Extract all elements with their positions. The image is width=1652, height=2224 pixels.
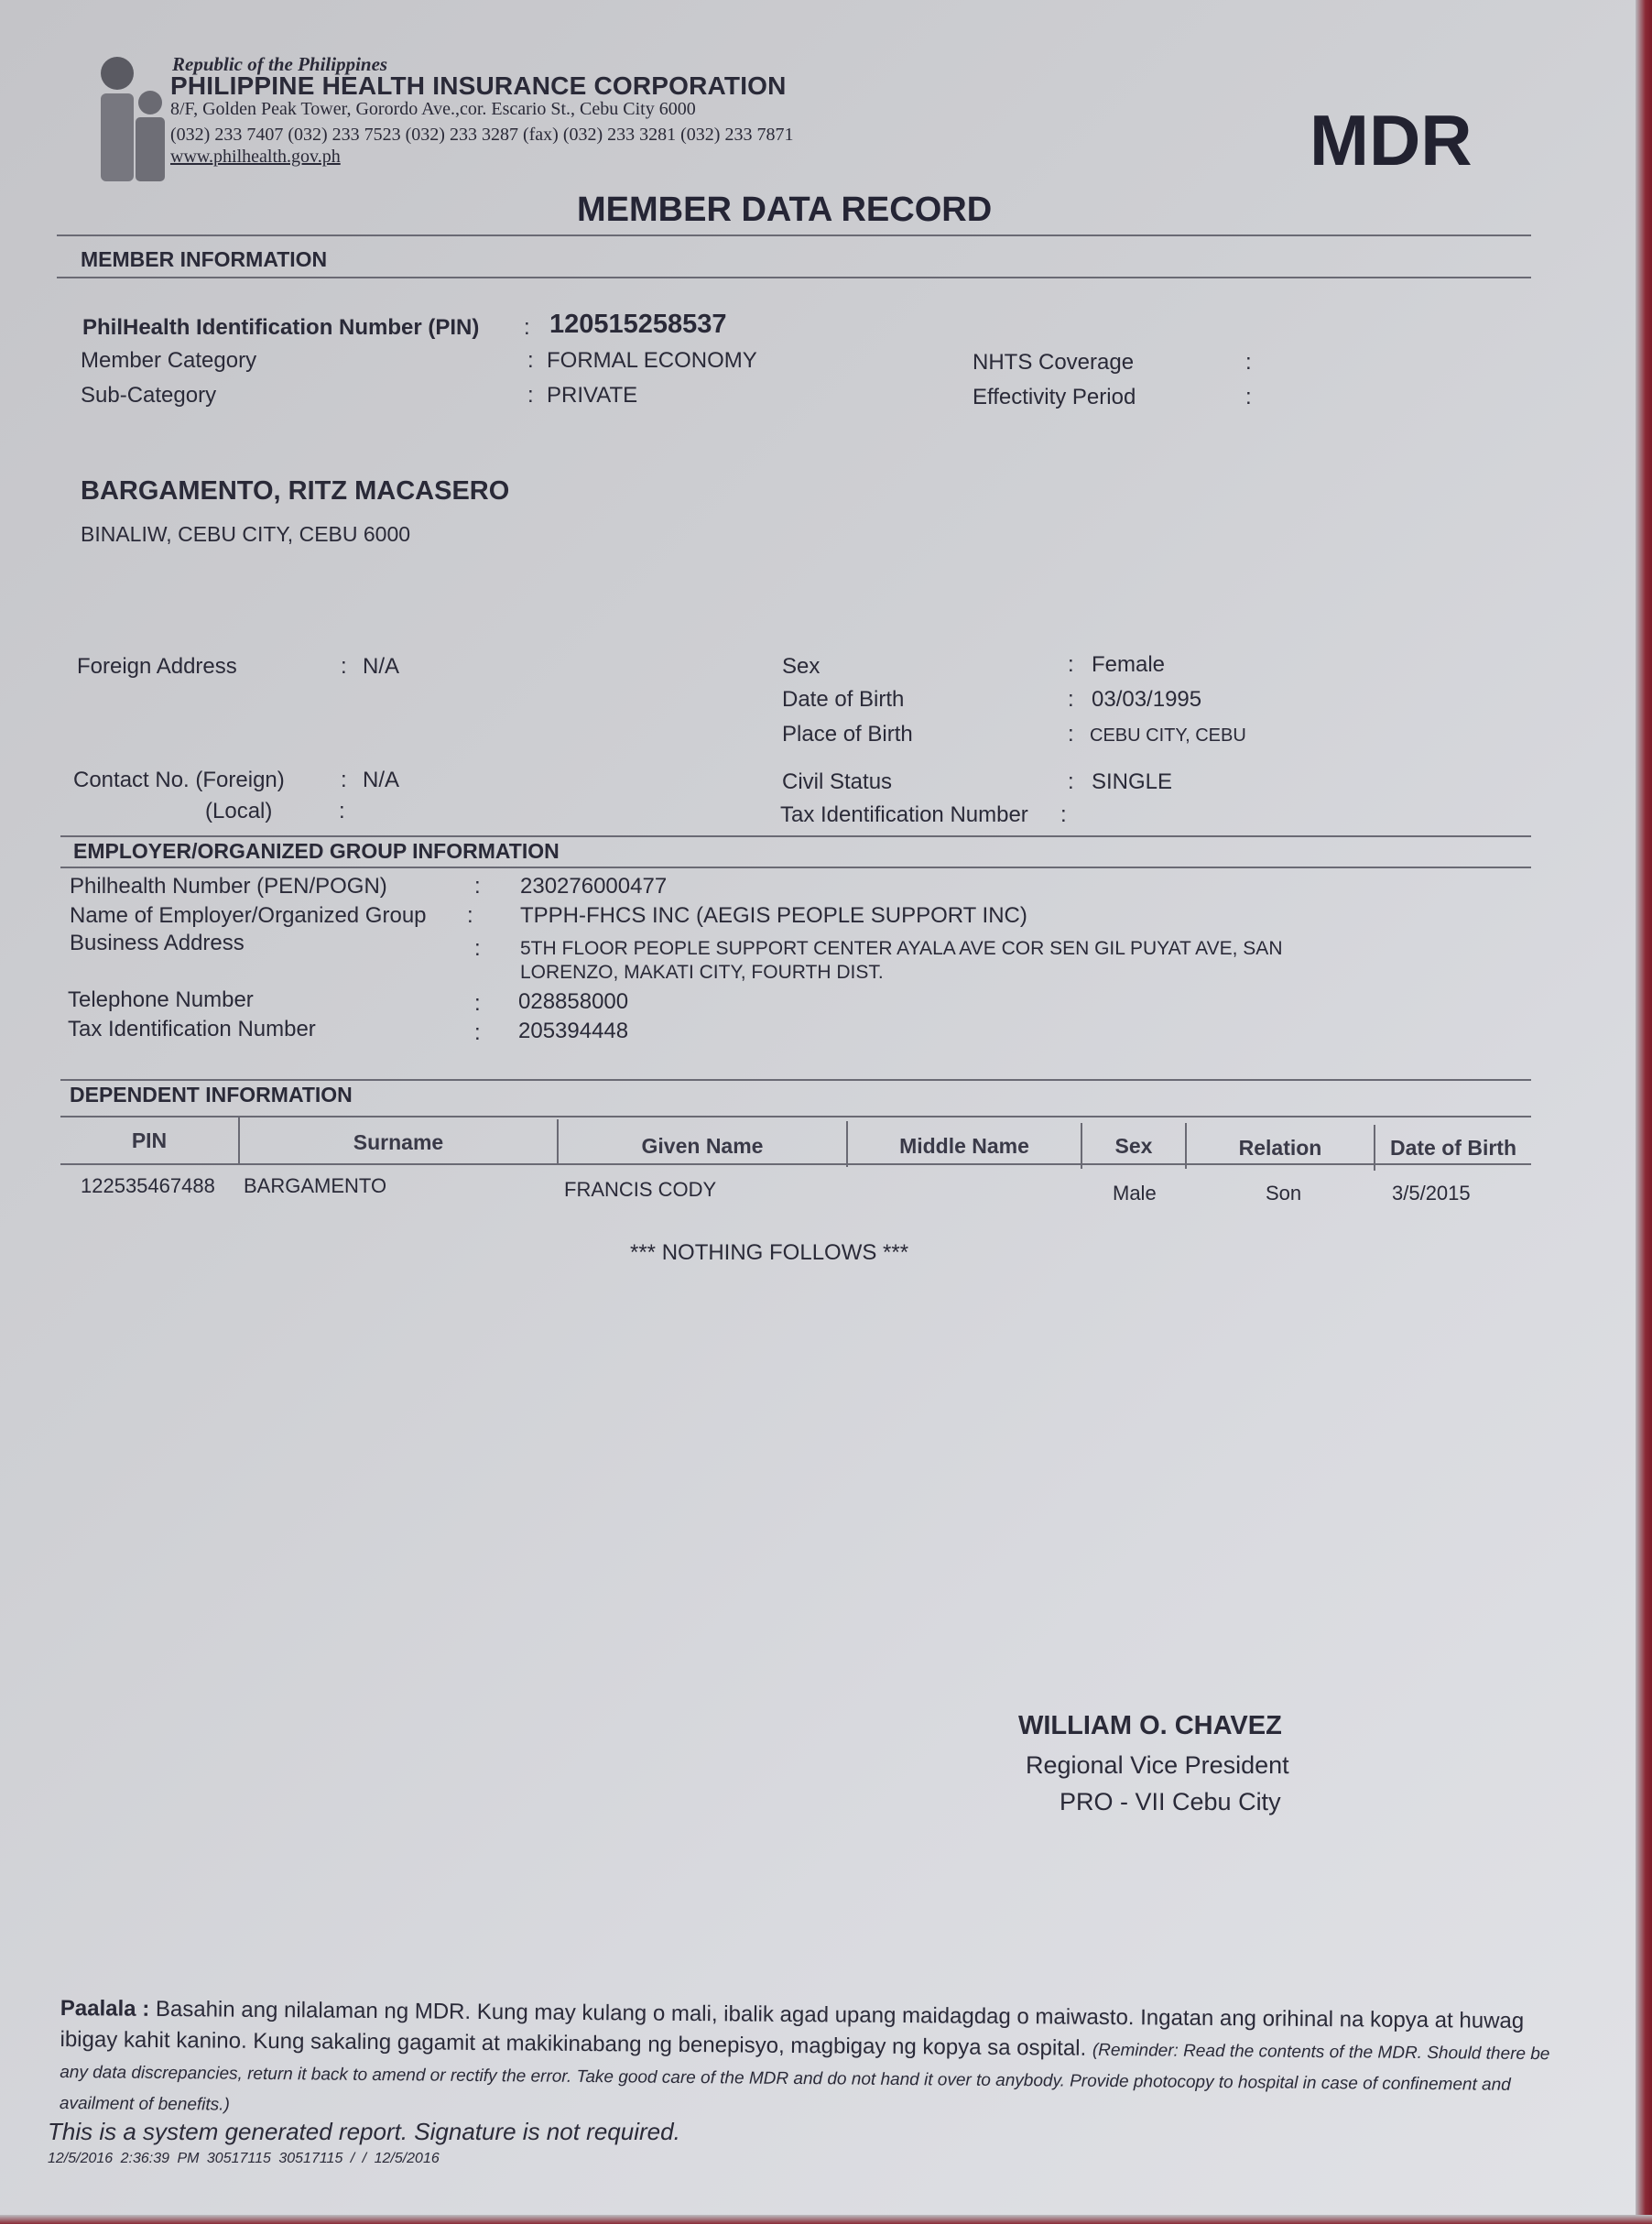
colon: : xyxy=(474,991,481,1017)
effectivity-label: Effectivity Period xyxy=(973,385,1136,410)
corporation-name: PHILIPPINE HEALTH INSURANCE CORPORATION xyxy=(170,71,787,101)
pen-value: 230276000477 xyxy=(520,874,667,899)
pen-label: Philhealth Number (PEN/POGN) xyxy=(70,874,387,899)
column-header-dob: Date of Birth xyxy=(1375,1136,1531,1161)
tin-label: Tax Identification Number xyxy=(780,802,1028,828)
business-address-line1: 5TH FLOOR PEOPLE SUPPORT CENTER AYALA AV… xyxy=(520,938,1282,960)
section-title-employer: EMPLOYER/ORGANIZED GROUP INFORMATION xyxy=(73,839,560,864)
colon: : xyxy=(341,654,347,680)
divider xyxy=(60,835,1531,837)
section-title-member: MEMBER INFORMATION xyxy=(81,247,327,272)
reminder-label: Paalala : xyxy=(60,1996,150,2022)
colon: : xyxy=(341,768,347,793)
divider xyxy=(60,867,1531,868)
pin-label: PhilHealth Identification Number (PIN) xyxy=(82,315,479,341)
pob-value: CEBU CITY, CEBU xyxy=(1090,725,1246,747)
signatory-title: Regional Vice President xyxy=(1026,1751,1289,1780)
employer-tin-label: Tax Identification Number xyxy=(68,1017,316,1042)
dob-value: 03/03/1995 xyxy=(1092,687,1201,713)
colon: : xyxy=(467,903,473,929)
dependent-dob: 3/5/2015 xyxy=(1392,1182,1471,1205)
nhts-label: NHTS Coverage xyxy=(973,350,1134,376)
column-header-given-name: Given Name xyxy=(559,1134,846,1159)
philhealth-logo-icon xyxy=(92,55,174,183)
dependent-surname: BARGAMENTO xyxy=(244,1174,386,1198)
contact-foreign-label: Contact No. (Foreign) xyxy=(73,768,285,793)
foreign-address-label: Foreign Address xyxy=(77,654,237,680)
telephone-value: 028858000 xyxy=(518,989,628,1015)
nothing-follows: *** NOTHING FOLLOWS *** xyxy=(630,1240,908,1266)
employer-name-label: Name of Employer/Organized Group xyxy=(70,903,427,929)
telephone-label: Telephone Number xyxy=(68,987,254,1013)
colon: : xyxy=(1060,802,1067,828)
office-phones: (032) 233 7407 (032) 233 7523 (032) 233 … xyxy=(170,125,793,146)
paper-edge xyxy=(1636,0,1652,2224)
divider xyxy=(57,277,1531,278)
civil-status-value: SINGLE xyxy=(1092,769,1172,795)
colon: : xyxy=(1068,769,1074,795)
colon: : xyxy=(474,936,481,962)
pob-label: Place of Birth xyxy=(782,722,913,747)
sex-value: Female xyxy=(1092,652,1165,678)
dependent-sex: Male xyxy=(1113,1182,1157,1205)
employer-name-value: TPPH-FHCS INC (AEGIS PEOPLE SUPPORT INC) xyxy=(520,903,1027,929)
column-header-middle-name: Middle Name xyxy=(848,1134,1081,1159)
member-address: BINALIW, CEBU CITY, CEBU 6000 xyxy=(81,522,410,547)
signatory-name: WILLIAM O. CHAVEZ xyxy=(1018,1711,1282,1741)
dependent-given-name: FRANCIS CODY xyxy=(564,1178,716,1202)
foreign-address-value: N/A xyxy=(363,654,399,680)
colon: : xyxy=(524,315,530,341)
divider xyxy=(60,1079,1531,1081)
table-top-border xyxy=(60,1116,1531,1117)
office-address: 8/F, Golden Peak Tower, Gorordo Ave.,cor… xyxy=(170,99,696,120)
category-label: Member Category xyxy=(81,348,256,374)
business-address-label: Business Address xyxy=(70,931,245,956)
member-name: BARGAMENTO, RITZ MACASERO xyxy=(81,476,509,507)
business-address-line2: LORENZO, MAKATI CITY, FOURTH DIST. xyxy=(520,962,884,984)
pin-value: 120515258537 xyxy=(549,310,727,340)
reminder-note: Paalala : Basahin ang nilalaman ng MDR. … xyxy=(60,1993,1562,2131)
form-code: MDR xyxy=(1310,99,1473,182)
subcategory-label: Sub-Category xyxy=(81,383,216,409)
dob-label: Date of Birth xyxy=(782,687,904,713)
website-link[interactable]: www.philhealth.gov.ph xyxy=(170,147,341,168)
civil-status-label: Civil Status xyxy=(782,769,892,795)
column-header-relation: Relation xyxy=(1187,1136,1374,1161)
colon: : xyxy=(1068,687,1074,713)
colon: : xyxy=(474,874,481,899)
colon: : xyxy=(1245,385,1252,410)
colon: : xyxy=(339,799,345,824)
employer-tin-value: 205394448 xyxy=(518,1019,628,1044)
subcategory-value: PRIVATE xyxy=(547,383,637,409)
system-generated-notice: This is a system generated report. Signa… xyxy=(48,2118,680,2146)
print-metadata: 12/5/2016 2:36:39 PM 30517115 30517115 /… xyxy=(48,2151,440,2167)
section-title-dependents: DEPENDENT INFORMATION xyxy=(70,1083,353,1107)
sex-label: Sex xyxy=(782,654,820,680)
colon: : xyxy=(474,1020,481,1046)
colon: : xyxy=(1245,350,1252,376)
divider xyxy=(57,234,1531,236)
colon: : xyxy=(527,348,534,374)
contact-local-label: (Local) xyxy=(205,799,272,824)
column-header-surname: Surname xyxy=(240,1130,557,1155)
colon: : xyxy=(1068,652,1074,678)
column-header-pin: PIN xyxy=(60,1128,238,1153)
paper-edge-bottom xyxy=(0,2215,1652,2224)
colon: : xyxy=(527,383,534,409)
signatory-office: PRO - VII Cebu City xyxy=(1060,1788,1281,1816)
category-value: FORMAL ECONOMY xyxy=(547,348,757,374)
dependent-relation: Son xyxy=(1266,1182,1301,1205)
contact-foreign-value: N/A xyxy=(363,768,399,793)
colon: : xyxy=(1068,722,1074,747)
document-title: MEMBER DATA RECORD xyxy=(577,191,992,230)
table-header-border xyxy=(60,1163,1531,1165)
column-header-sex: Sex xyxy=(1082,1134,1185,1159)
dependent-pin: 122535467488 xyxy=(81,1174,215,1198)
